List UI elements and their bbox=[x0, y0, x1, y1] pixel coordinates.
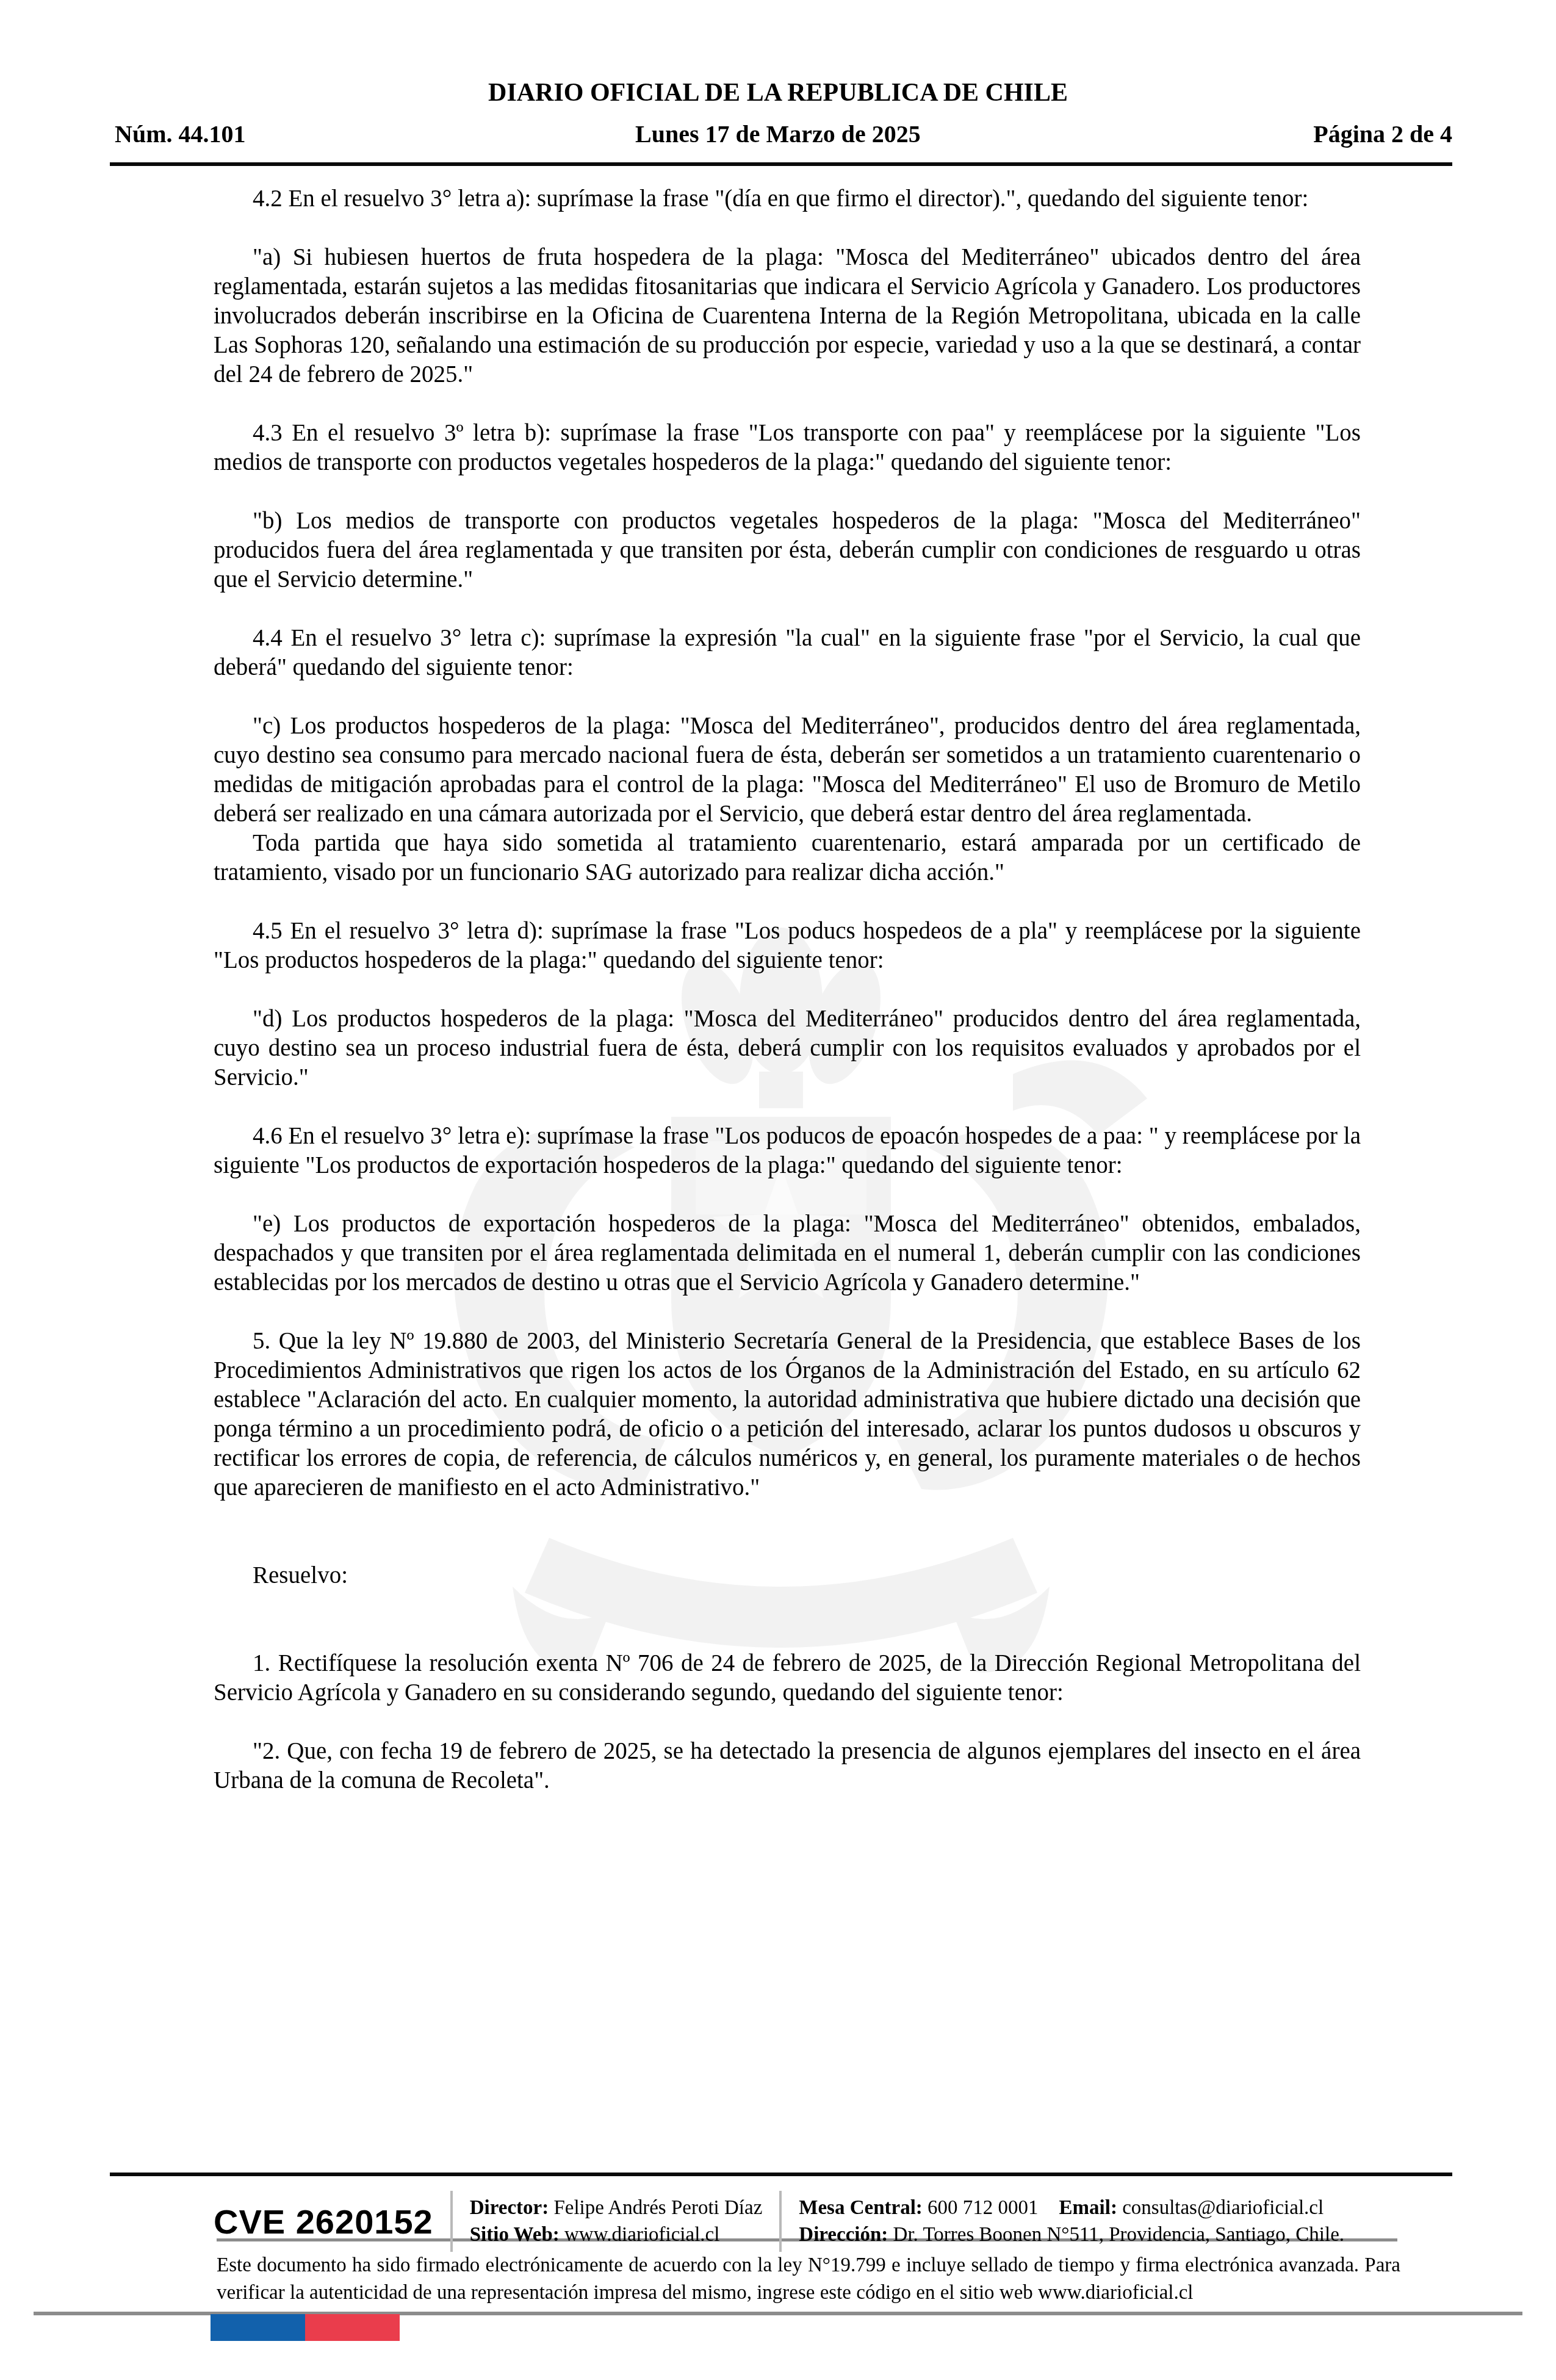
paragraph: "c) Los productos hospederos de la plaga… bbox=[214, 712, 1361, 829]
call-center-label: Mesa Central: bbox=[799, 2197, 923, 2219]
director-label: Director: bbox=[470, 2197, 549, 2219]
flag-red-segment bbox=[305, 2314, 400, 2341]
footer-top-rule bbox=[110, 2173, 1452, 2176]
paragraph: 4.5 En el resuelvo 3° letra d): suprímas… bbox=[214, 917, 1361, 975]
publication-title: DIARIO OFICIAL DE LA REPUBLICA DE CHILE bbox=[0, 78, 1556, 107]
paragraph: "b) Los medios de transporte con product… bbox=[214, 507, 1361, 594]
email-label: Email: bbox=[1059, 2197, 1117, 2219]
legal-notice: Este documento ha sido firmado electróni… bbox=[217, 2252, 1400, 2307]
paragraph: 4.4 En el resuelvo 3° letra c): suprímas… bbox=[214, 624, 1361, 682]
paragraph: Resuelvo: bbox=[214, 1561, 1361, 1590]
director-value: Felipe Andrés Peroti Díaz bbox=[553, 2197, 762, 2219]
chile-flag-mark bbox=[211, 2314, 400, 2341]
paragraph: Toda partida que haya sido sometida al t… bbox=[214, 829, 1361, 887]
call-center-value: 600 712 0001 bbox=[927, 2197, 1039, 2219]
address-value: Dr. Torres Boonen N°511, Providencia, Sa… bbox=[893, 2224, 1345, 2246]
flag-blue-segment bbox=[211, 2314, 305, 2341]
paragraph: 4.2 En el resuelvo 3° letra a): suprímas… bbox=[214, 184, 1361, 214]
paragraph: 1. Rectifíquese la resolución exenta Nº … bbox=[214, 1649, 1361, 1707]
cve-code: CVE 2620152 bbox=[214, 2202, 433, 2241]
footer-column-director: Director: Felipe Andrés Peroti Díaz Siti… bbox=[470, 2194, 763, 2248]
director-line: Director: Felipe Andrés Peroti Díaz bbox=[470, 2197, 763, 2219]
footer-divider bbox=[450, 2191, 453, 2252]
paragraph: "2. Que, con fecha 19 de febrero de 2025… bbox=[214, 1737, 1361, 1795]
website-line: Sitio Web: www.diarioficial.cl bbox=[470, 2224, 720, 2246]
paragraph: "a) Si hubiesen huertos de fruta hospede… bbox=[214, 243, 1361, 389]
paragraph: "e) Los productos de exportación hospede… bbox=[214, 1210, 1361, 1297]
paragraph: 4.3 En el resuelvo 3º letra b): suprímas… bbox=[214, 419, 1361, 477]
paragraph: 4.6 En el resuelvo 3° letra e): suprímas… bbox=[214, 1122, 1361, 1180]
call-center-line: Mesa Central: 600 712 0001Email: consult… bbox=[799, 2197, 1324, 2219]
page-indicator: Página 2 de 4 bbox=[1313, 120, 1452, 149]
paragraph: 5. Que la ley Nº 19.880 de 2003, del Min… bbox=[214, 1327, 1361, 1502]
footer-column-contact: Mesa Central: 600 712 0001Email: consult… bbox=[799, 2194, 1344, 2248]
header-rule bbox=[110, 162, 1452, 166]
document-body: 4.2 En el resuelvo 3° letra a): suprímas… bbox=[214, 184, 1361, 1795]
footer-info-bar: CVE 2620152 Director: Felipe Andrés Pero… bbox=[214, 2187, 1410, 2256]
address-label: Dirección: bbox=[799, 2224, 888, 2246]
address-line: Dirección: Dr. Torres Boonen N°511, Prov… bbox=[799, 2224, 1344, 2246]
footer-divider bbox=[779, 2191, 782, 2252]
website-value: www.diarioficial.cl bbox=[564, 2224, 719, 2246]
email-value: consultas@diarioficial.cl bbox=[1122, 2197, 1324, 2219]
website-label: Sitio Web: bbox=[470, 2224, 560, 2246]
paragraph: "d) Los productos hospederos de la plaga… bbox=[214, 1004, 1361, 1092]
